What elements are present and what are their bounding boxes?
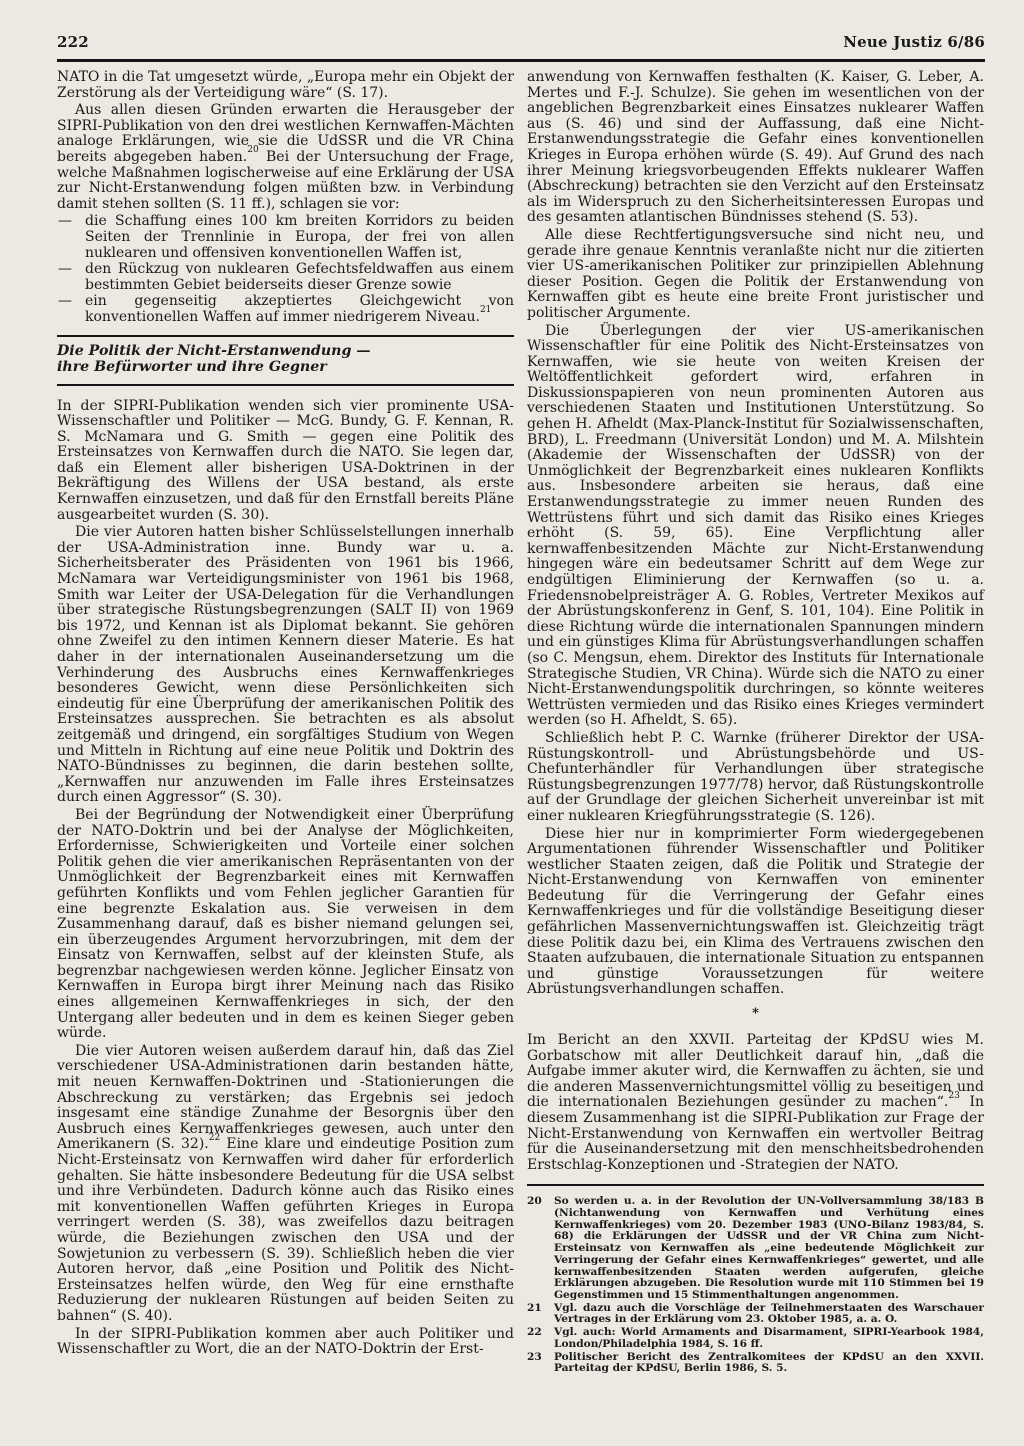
footnote-number: 23 bbox=[527, 1352, 542, 1364]
dash-marker-icon: — bbox=[58, 262, 72, 278]
list-item: — ein gegenseitig akzeptiertes Gleichgew… bbox=[57, 294, 514, 325]
scanned-journal-page: 222 Neue Justiz 6/86 NATO in die Tat umg… bbox=[0, 0, 1024, 1446]
list-item: — den Rückzug von nuklearen Gefechtsfeld… bbox=[57, 262, 514, 293]
section-heading-line1: Die Politik der Nicht-Erstanwendung — bbox=[57, 343, 514, 360]
journal-title: Neue Justiz 6/86 bbox=[843, 33, 985, 51]
list-item-text: den Rückzug von nuklearen Gefechtsfeldwa… bbox=[85, 261, 514, 293]
footnote: 23 Politischer Bericht des Zentralkomite… bbox=[527, 1352, 984, 1375]
page-number: 222 bbox=[57, 33, 89, 51]
dash-marker-icon: — bbox=[58, 214, 72, 230]
paragraph: Im Bericht an den XXVII. Parteitag der K… bbox=[527, 1033, 984, 1173]
footnote-number: 21 bbox=[527, 1303, 542, 1315]
list-item-text: ein gegenseitig akzeptiertes Gleichgewic… bbox=[85, 293, 514, 325]
header-rule bbox=[57, 59, 985, 62]
left-column: NATO in die Tat umgesetzt würde, „Europa… bbox=[57, 70, 514, 1360]
list-item: — die Schaffung eines 100 km breiten Kor… bbox=[57, 214, 514, 261]
proposal-list: — die Schaffung eines 100 km breiten Kor… bbox=[57, 214, 514, 325]
paragraph: Die Überlegungen der vier US-amerikanisc… bbox=[527, 324, 984, 729]
section-heading: Die Politik der Nicht-Erstanwendung — ih… bbox=[57, 335, 514, 386]
asterisk-separator: * bbox=[527, 1007, 984, 1020]
footnotes-section: 20 So werden u. a. in der Revolution der… bbox=[527, 1184, 984, 1375]
list-item-text: die Schaffung eines 100 km breiten Korri… bbox=[85, 213, 514, 260]
paragraph: Alle diese Rechtfertigungsversuche sind … bbox=[527, 228, 984, 322]
paragraph: In der SIPRI-Publikation wenden sich vie… bbox=[57, 399, 514, 524]
paragraph: Die vier Autoren hatten bisher Schlüssel… bbox=[57, 525, 514, 806]
dash-marker-icon: — bbox=[58, 294, 72, 310]
footnote-text: Politischer Bericht des Zentralkomitees … bbox=[554, 1351, 984, 1375]
right-column: anwendung von Kernwaffen festhalten (K. … bbox=[527, 70, 984, 1376]
footnote-text: So werden u. a. in der Revolution der UN… bbox=[554, 1195, 984, 1301]
paragraph: anwendung von Kernwaffen festhalten (K. … bbox=[527, 70, 984, 226]
footnote: 22 Vgl. auch: World Armaments and Disarm… bbox=[527, 1327, 984, 1350]
section-heading-line2: ihre Befürworter und ihre Gegner bbox=[57, 359, 514, 376]
paragraph: Die vier Autoren weisen außerdem darauf … bbox=[57, 1044, 514, 1325]
paragraph: Aus allen diesen Gründen erwarten die He… bbox=[57, 103, 514, 212]
footnote-text: Vgl. auch: World Armaments and Disarmame… bbox=[554, 1326, 984, 1350]
footnote: 20 So werden u. a. in der Revolution der… bbox=[527, 1196, 984, 1301]
page-header: 222 Neue Justiz 6/86 bbox=[57, 33, 985, 51]
footnote-text: Vgl. dazu auch die Vorschläge der Teilne… bbox=[554, 1302, 984, 1326]
footnote: 21 Vgl. dazu auch die Vorschläge der Tei… bbox=[527, 1303, 984, 1326]
paragraph: Bei der Begründung der Notwendigkeit ein… bbox=[57, 808, 514, 1042]
footnote-number: 22 bbox=[527, 1327, 542, 1339]
footnote-number: 20 bbox=[527, 1196, 542, 1208]
paragraph: Diese hier nur in komprimierter Form wie… bbox=[527, 827, 984, 999]
paragraph: In der SIPRI-Publikation kommen aber auc… bbox=[57, 1327, 514, 1358]
paragraph: Schließlich hebt P. C. Warnke (früherer … bbox=[527, 731, 984, 825]
paragraph: NATO in die Tat umgesetzt würde, „Europa… bbox=[57, 70, 514, 101]
